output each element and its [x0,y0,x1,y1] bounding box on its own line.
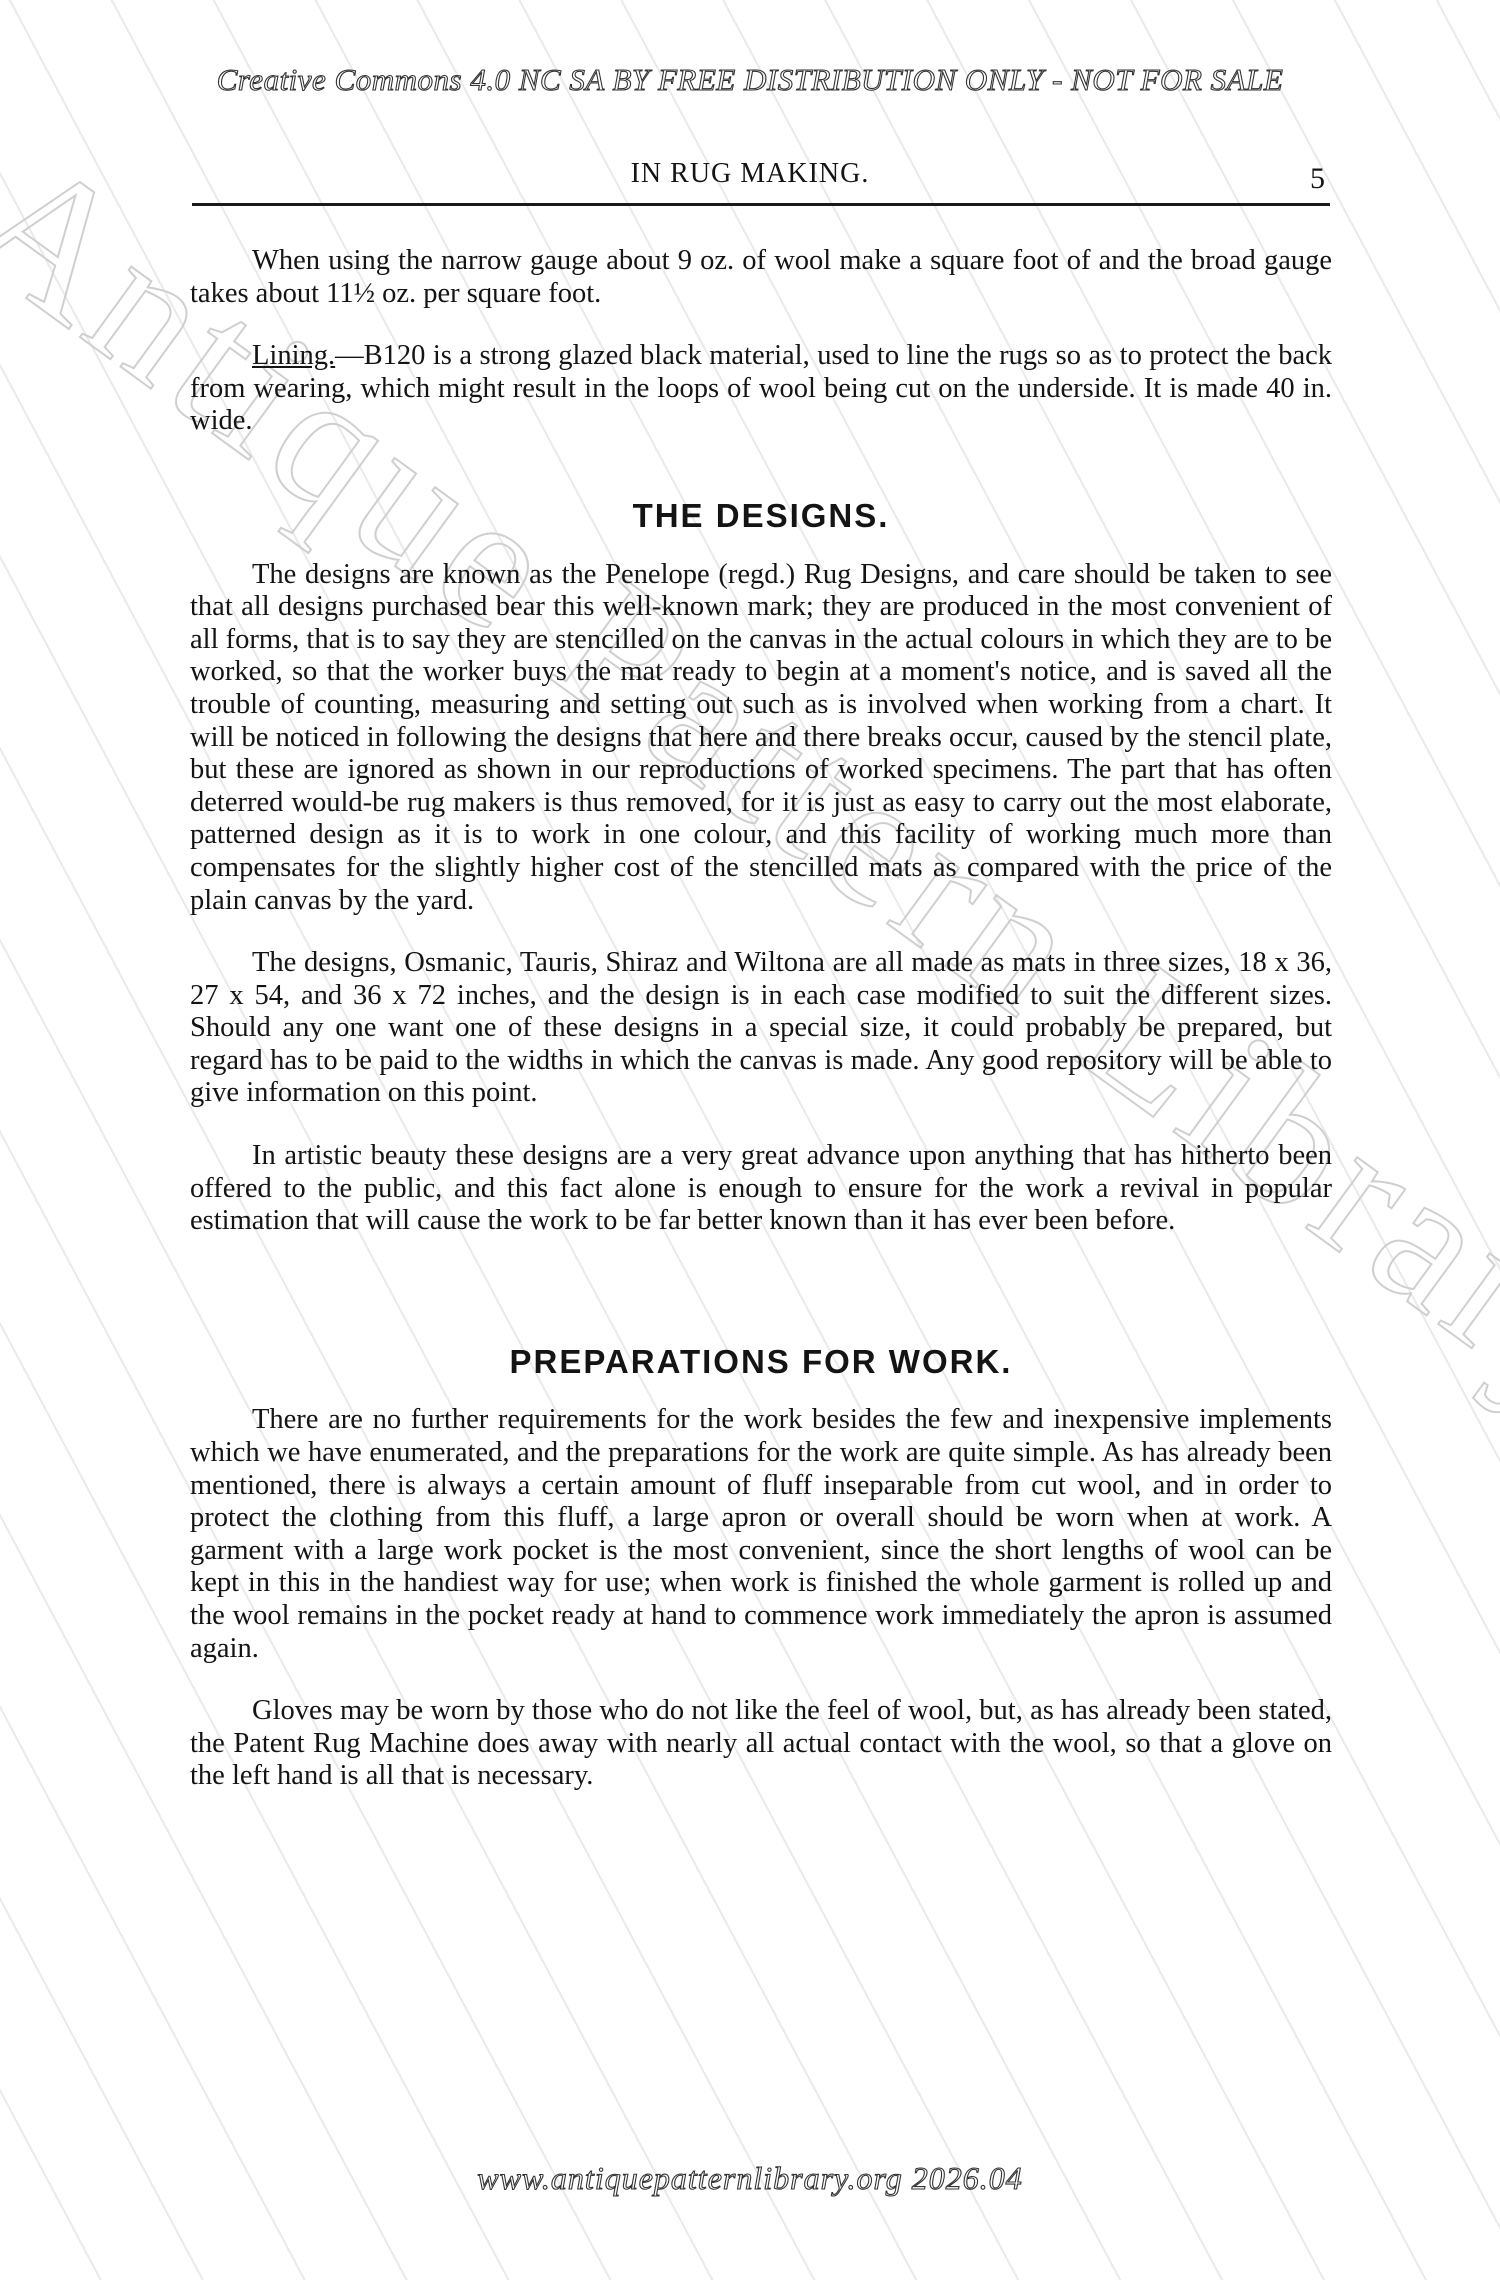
intro-paragraph: When using the narrow gauge about 9 oz. … [190,245,1332,310]
page-number: 5 [1310,162,1325,196]
running-head-title: IN RUG MAKING. [0,158,1500,190]
designs-paragraph-1: The designs are known as the Penelope (r… [190,559,1332,918]
preparations-paragraph-1: There are no further requirements for th… [190,1404,1332,1665]
section-title-designs: THE DESIGNS. [190,500,1332,533]
lining-paragraph: Lining.—B120 is a strong glazed black ma… [190,340,1332,438]
preparations-paragraph-2: Gloves may be worn by those who do not l… [190,1695,1332,1793]
lining-label: Lining. [252,340,335,371]
designs-paragraph-3: In artistic beauty these designs are a v… [190,1140,1332,1238]
lining-text: —B120 is a strong glazed black material,… [190,340,1332,436]
section-title-preparations: PREPARATIONS FOR WORK. [190,1346,1332,1379]
designs-paragraph-2: The designs, Osmanic, Tauris, Shiraz and… [190,947,1332,1110]
license-banner: Creative Commons 4.0 NC SA BY FREE DISTR… [0,62,1500,98]
page-body: When using the narrow gauge about 9 oz. … [190,245,1332,1793]
header-rule [192,203,1330,206]
footer-url: www.antiquepatternlibrary.org 2026.04 [0,2160,1500,2197]
